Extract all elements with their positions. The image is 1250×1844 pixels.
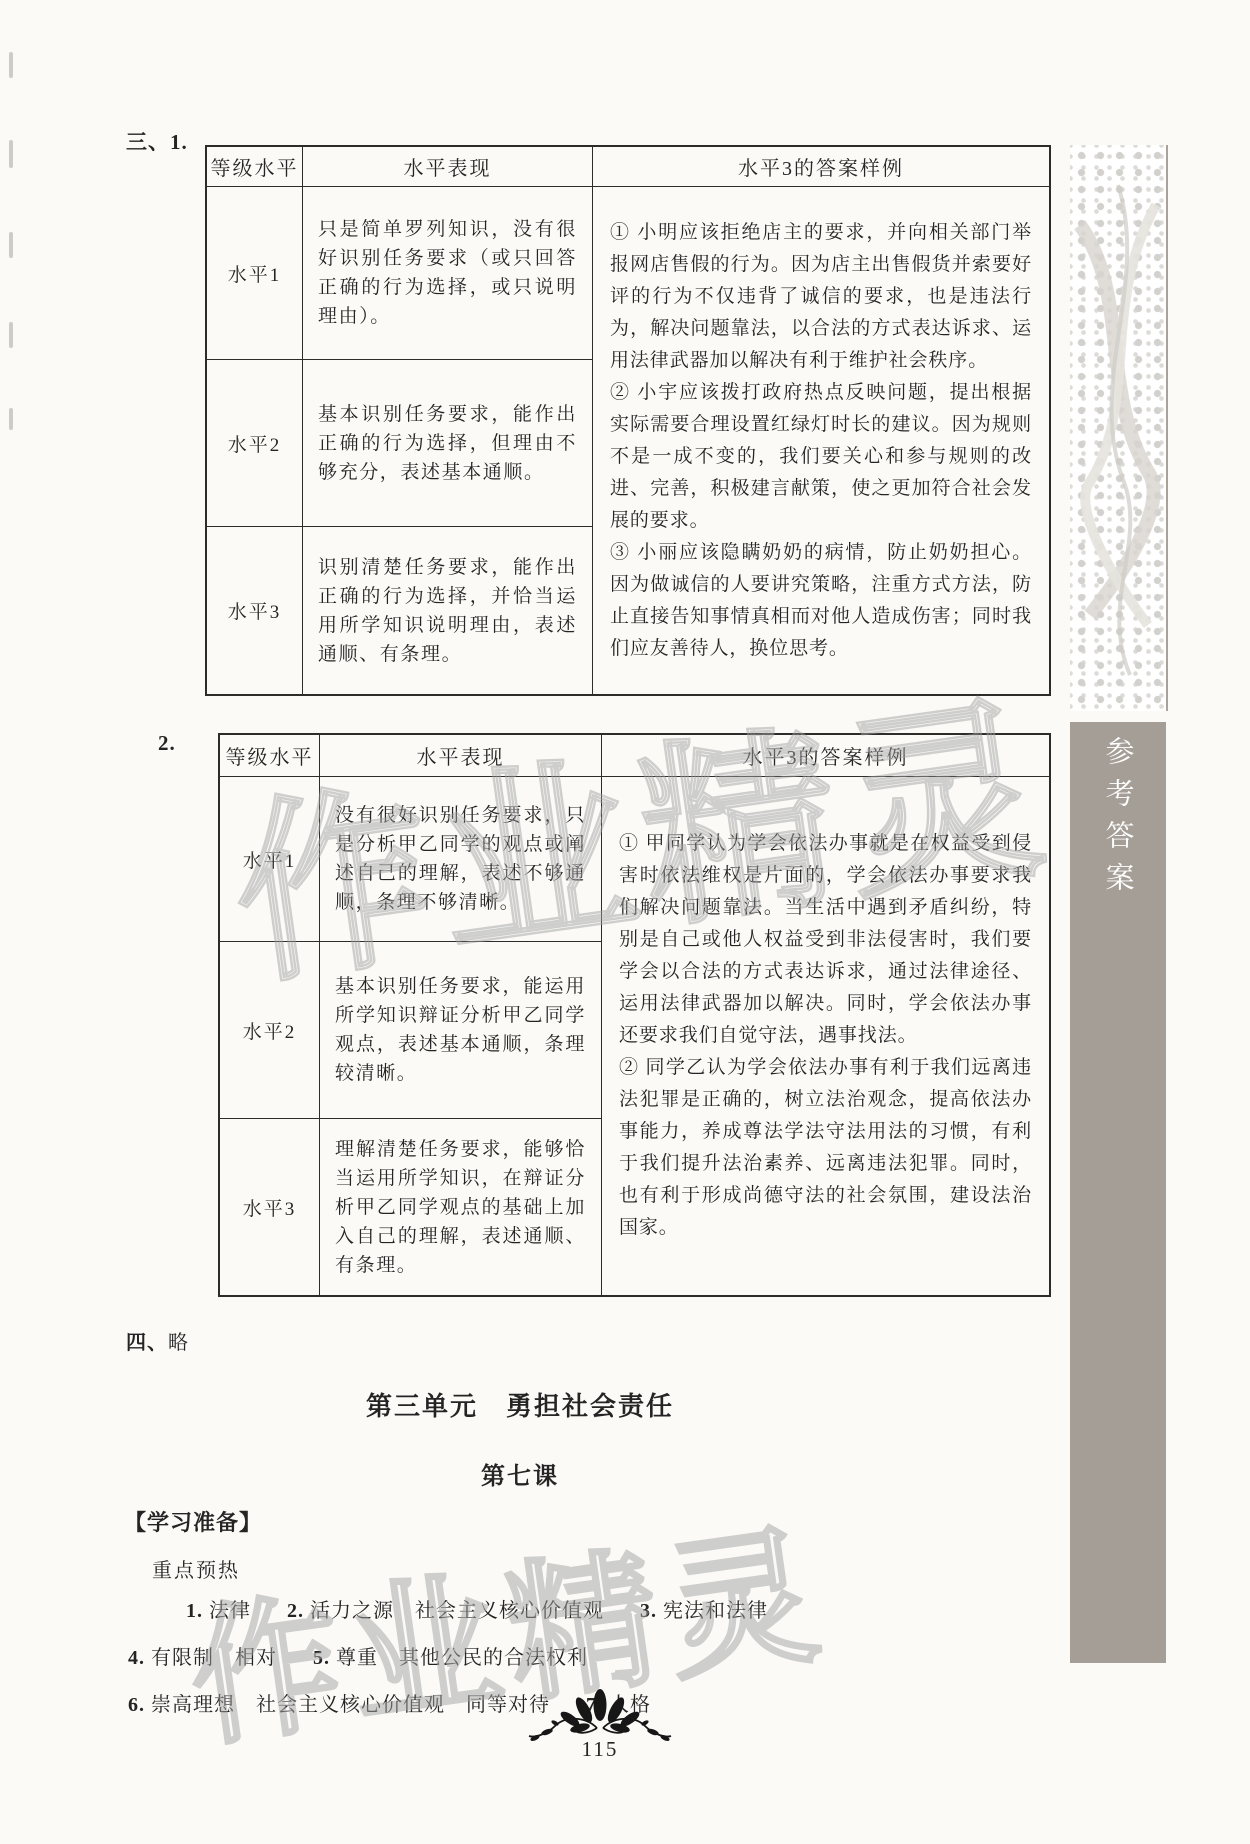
lesson-title: 第七课 bbox=[120, 1456, 920, 1491]
table1-answer-2: ② 小宇应该拨打政府热点反映问题，提出根据实际需要合理设置红绿灯时长的建议。因为… bbox=[610, 377, 1032, 537]
table1-row1-desc-text: 只是简单罗列知识，没有很好识别任务要求（或只回答正确的行为选择，或只说明理由）。 bbox=[318, 215, 577, 331]
table1-row3-desc-text: 识别清楚任务要求，能作出正确的行为选择，并恰当运用所学知识说明理由，表述通顺、有… bbox=[318, 553, 577, 669]
rubric-table-2: 等级水平 水平表现 水平3的答案样例 水平1 没有很好识别任务要求，只是分析甲乙… bbox=[218, 733, 1051, 1297]
prep-item-4-num: 4. bbox=[128, 1647, 145, 1669]
table2-row2-level: 水平2 bbox=[220, 942, 320, 1119]
table1-header-sample: 水平3的答案样例 bbox=[593, 147, 1049, 187]
table1-row3-level: 水平3 bbox=[207, 527, 303, 694]
table2-answer-cell: ① 甲同学认为学会依法办事就是在权益受到侵害时依法维权是片面的，学会依法办事要求… bbox=[602, 777, 1049, 1295]
table1-answer-cell: ① 小明应该拒绝店主的要求，并向相关部门举报网店售假的行为。因为店主出售假货并索… bbox=[593, 187, 1049, 694]
prep-item-4-text: 有限制 相对 bbox=[151, 1647, 277, 1669]
prep-item-5-text: 尊重 其他公民的合法权利 bbox=[336, 1647, 588, 1669]
table2-row1-desc-text: 没有很好识别任务要求，只是分析甲乙同学的观点或阐述自己的理解，表述不够通顺，条理… bbox=[335, 801, 586, 917]
prep-subheading: 重点预热 bbox=[152, 1554, 240, 1583]
table2-header-sample: 水平3的答案样例 bbox=[602, 735, 1049, 777]
table1-row1-desc: 只是简单罗列知识，没有很好识别任务要求（或只回答正确的行为选择，或只说明理由）。 bbox=[303, 187, 593, 360]
table1-row3-desc: 识别清楚任务要求，能作出正确的行为选择，并恰当运用所学知识说明理由，表述通顺、有… bbox=[303, 527, 593, 694]
scan-artifact bbox=[9, 232, 13, 258]
prep-heading: 【学习准备】 bbox=[124, 1506, 262, 1537]
prep-item-3-text: 宪法和法律 bbox=[663, 1600, 768, 1622]
page-number: 115 bbox=[500, 1737, 700, 1762]
prep-item-1: 1.法律 bbox=[186, 1600, 251, 1622]
table2-row1-desc: 没有很好识别任务要求，只是分析甲乙同学的观点或阐述自己的理解，表述不够通顺，条理… bbox=[320, 777, 602, 942]
prep-item-6: 6.崇高理想 社会主义核心价值观 同等对待 bbox=[128, 1694, 550, 1716]
table2-row2-desc-text: 基本识别任务要求，能运用所学知识辩证分析甲乙同学观点，表述基本通顺，条理较清晰。 bbox=[335, 972, 586, 1088]
prep-item-2: 2.活力之源 社会主义核心价值观 bbox=[287, 1600, 604, 1622]
table2-answer-1: ① 甲同学认为学会依法办事就是在权益受到侵害时依法维权是片面的，学会依法办事要求… bbox=[619, 828, 1032, 1052]
prep-item-1-num: 1. bbox=[186, 1600, 203, 1622]
section-3-item-1-label: 三、1. bbox=[126, 126, 188, 156]
prep-item-5-num: 5. bbox=[313, 1647, 330, 1669]
halftone-pattern bbox=[1070, 145, 1168, 711]
table1-header-performance: 水平表现 bbox=[303, 147, 593, 187]
unit-title: 第三单元 勇担社会责任 bbox=[120, 1386, 920, 1423]
table2-row3-desc-text: 理解清楚任务要求，能够恰当运用所学知识，在辩证分析甲乙同学观点的基础上加入自己的… bbox=[335, 1135, 586, 1280]
table1-answer-1: ① 小明应该拒绝店主的要求，并向相关部门举报网店售假的行为。因为店主出售假货并索… bbox=[610, 217, 1032, 377]
table1-row2-desc: 基本识别任务要求，能作出正确的行为选择，但理由不够充分，表述基本通顺。 bbox=[303, 360, 593, 527]
prep-item-5: 5.尊重 其他公民的合法权利 bbox=[313, 1647, 588, 1669]
prep-item-4: 4.有限制 相对 bbox=[128, 1647, 277, 1669]
scan-artifact bbox=[9, 140, 13, 168]
table1-row2-level: 水平2 bbox=[207, 360, 303, 527]
prep-item-1-text: 法律 bbox=[209, 1600, 251, 1622]
prep-item-2-text: 活力之源 社会主义核心价值观 bbox=[310, 1600, 604, 1622]
prep-item-6-text: 崇高理想 社会主义核心价值观 同等对待 bbox=[151, 1694, 550, 1716]
table1-header-level: 等级水平 bbox=[207, 147, 303, 187]
table2-row1-level: 水平1 bbox=[220, 777, 320, 942]
section-3-label: 三、 bbox=[126, 130, 170, 154]
table2-answer-2: ② 同学乙认为学会依法办事有利于我们远离违法犯罪是正确的，树立法治观念，提高依法… bbox=[619, 1052, 1032, 1244]
table2-header-performance: 水平表现 bbox=[320, 735, 602, 777]
rubric-table-1: 等级水平 水平表现 水平3的答案样例 水平1 只是简单罗列知识，没有很好识别任务… bbox=[205, 145, 1051, 696]
prep-item-6-num: 6. bbox=[128, 1694, 145, 1716]
table2-row3-level: 水平3 bbox=[220, 1119, 320, 1295]
item-2-label: 2. bbox=[158, 731, 176, 756]
table2-row3-desc: 理解清楚任务要求，能够恰当运用所学知识，在辩证分析甲乙同学观点的基础上加入自己的… bbox=[320, 1119, 602, 1295]
table1-row1-level: 水平1 bbox=[207, 187, 303, 360]
scan-artifact bbox=[9, 408, 13, 430]
table2-row2-desc: 基本识别任务要求，能运用所学知识辩证分析甲乙同学观点，表述基本通顺，条理较清晰。 bbox=[320, 942, 602, 1119]
scan-artifact bbox=[9, 52, 13, 78]
prep-item-3-num: 3. bbox=[640, 1600, 657, 1622]
sidebar-tab: 参考答案 bbox=[1070, 722, 1166, 1663]
scan-artifact bbox=[9, 322, 13, 348]
prep-item-3: 3.宪法和法律 bbox=[640, 1600, 768, 1622]
prep-item-2-num: 2. bbox=[287, 1600, 304, 1622]
section-4-text: 略 bbox=[168, 1332, 189, 1354]
sidebar-tab-label: 参考答案 bbox=[1098, 736, 1139, 904]
section-4-label: 四、 bbox=[126, 1332, 168, 1354]
table2-header-level: 等级水平 bbox=[220, 735, 320, 777]
table1-answer-3: ③ 小丽应该隐瞒奶奶的病情，防止奶奶担心。因为做诚信的人要讲究策略，注重方式方法… bbox=[610, 537, 1032, 665]
section-4-line: 四、略 bbox=[126, 1326, 189, 1355]
item-1-label: 1. bbox=[170, 130, 188, 154]
table1-row2-desc-text: 基本识别任务要求，能作出正确的行为选择，但理由不够充分，表述基本通顺。 bbox=[318, 400, 577, 487]
